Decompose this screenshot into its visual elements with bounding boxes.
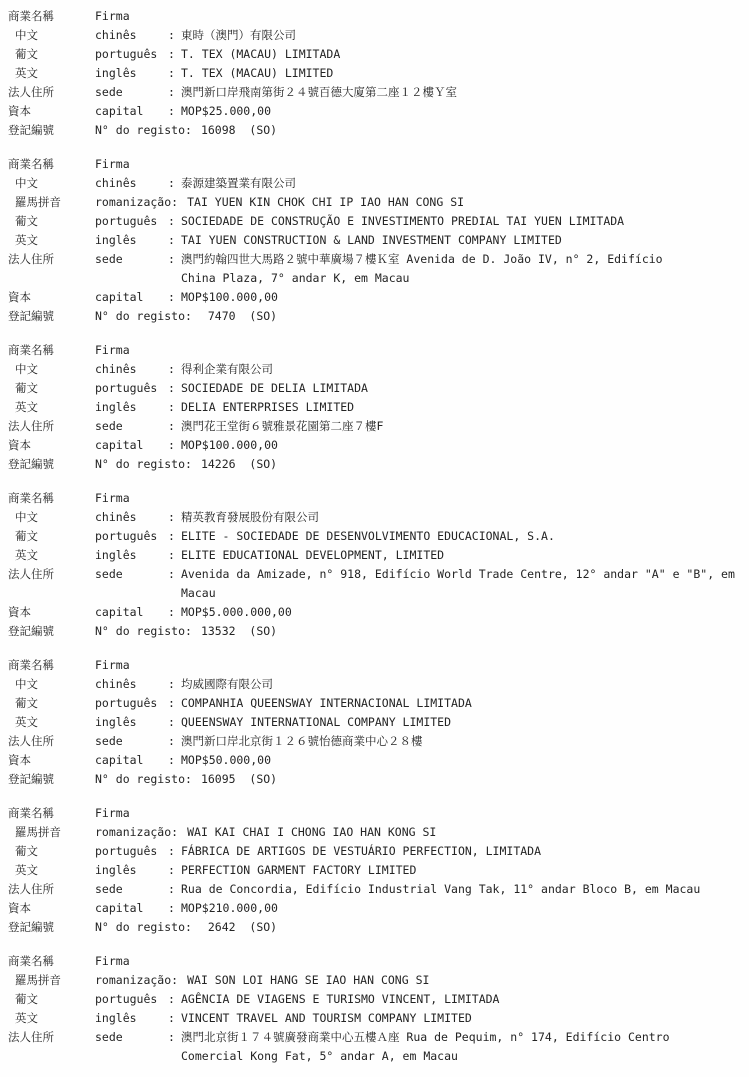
colon-separator: : [168,288,181,307]
field-label-chinese: 商業名稱 [8,341,95,360]
field-label-portuguese: sede [95,732,168,751]
field-label-chinese: 登記編號 [8,121,95,140]
record-row: 法人住所 sede : 澳門新口岸飛南第街２４號百德大廈第二座１２樓Ｙ室 [8,83,747,102]
field-label-chinese: 資本 [8,436,95,455]
record-row: 中文 chinês : 均威國際有限公司 [8,675,747,694]
record-row: 商業名稱 Firma [8,341,747,360]
field-value: PERFECTION GARMENT FACTORY LIMITED [181,861,747,880]
record-row: 葡文 português : SOCIEDADE DE DELIA LIMITA… [8,379,747,398]
record-row: 英文 inglês : T. TEX (MACAU) LIMITED [8,64,747,83]
field-label-portuguese: capital [95,102,168,121]
field-label-chinese: 英文 [8,546,95,565]
field-label-portuguese: português [95,694,168,713]
record-row: 商業名稱 Firma [8,7,747,26]
field-label-portuguese: português [95,527,168,546]
record-row: 登記編號 N° do registo: 2642 (SO) [8,918,747,937]
colon-separator: : [168,527,181,546]
field-label-chinese: 商業名稱 [8,952,95,971]
record-row: 商業名稱 Firma [8,804,747,823]
field-label-portuguese: sede [95,880,168,899]
colon-separator: : [168,102,181,121]
field-value: 13532 (SO) [201,622,747,641]
field-label-chinese: 中文 [8,26,95,45]
field-value: 14226 (SO) [201,455,747,474]
field-label-chinese: 法人住所 [8,417,95,436]
field-label-portuguese: Firma [95,155,168,174]
colon-separator: : [168,231,181,250]
field-value: 澳門約翰四世大馬路２號中華廣場７樓Ｋ室 Avenida de D. João I… [181,250,747,288]
colon-separator: : [168,83,181,102]
record-row: 英文 inglês : PERFECTION GARMENT FACTORY L… [8,861,747,880]
field-label-portuguese: N° do registo: [95,770,192,789]
field-label-chinese: 英文 [8,64,95,83]
record-row: 法人住所 sede : 澳門新口岸北京街１２６號怡德商業中心２８樓 [8,732,747,751]
field-label-chinese: 羅馬拼音 [8,971,95,990]
field-label-chinese: 法人住所 [8,565,95,584]
field-label-portuguese: inglês [95,398,168,417]
field-label-portuguese: português [95,842,168,861]
field-label-portuguese: sede [95,417,168,436]
colon-separator: : [168,45,181,64]
field-label-chinese: 葡文 [8,694,95,713]
field-label-portuguese: N° do registo: [95,121,192,140]
field-label-portuguese: N° do registo: [95,918,192,937]
record-row: 葡文 português : T. TEX (MACAU) LIMITADA [8,45,747,64]
field-label-portuguese: chinês [95,360,168,379]
field-label-chinese: 中文 [8,174,95,193]
record-row: 法人住所 sede : 澳門北京街１７４號廣發商業中心五樓Ａ座 Rua de P… [8,1028,747,1066]
field-label-portuguese: chinês [95,675,168,694]
field-label-portuguese: inglês [95,861,168,880]
record-row: 英文 inglês : VINCENT TRAVEL AND TOURISM C… [8,1009,747,1028]
field-label-chinese: 中文 [8,360,95,379]
record-row: 英文 inglês : DELIA ENTERPRISES LIMITED [8,398,747,417]
field-value: MOP$50.000,00 [181,751,747,770]
colon-separator: : [168,436,181,455]
field-label-chinese: 資本 [8,751,95,770]
field-label-chinese: 羅馬拼音 [8,193,95,212]
field-label-chinese: 葡文 [8,212,95,231]
record-row: 資本 capital : MOP$25.000,00 [8,102,747,121]
field-label-portuguese: romanização: [95,193,178,212]
field-label-portuguese: capital [95,603,168,622]
field-label-chinese: 法人住所 [8,250,95,269]
colon-separator: : [168,398,181,417]
record-row: 商業名稱 Firma [8,489,747,508]
field-value: TAI YUEN CONSTRUCTION & LAND INVESTMENT … [181,231,747,250]
field-label-portuguese: Firma [95,7,168,26]
field-label-chinese: 英文 [8,861,95,880]
field-value: TAI YUEN KIN CHOK CHI IP IAO HAN CONG SI [187,193,747,212]
field-label-chinese: 商業名稱 [8,656,95,675]
colon-separator: : [168,379,181,398]
colon-separator: : [168,565,181,584]
field-label-chinese: 登記編號 [8,770,95,789]
field-label-chinese: 中文 [8,675,95,694]
field-label-chinese: 商業名稱 [8,804,95,823]
field-value: 澳門新口岸飛南第街２４號百德大廈第二座１２樓Ｙ室 [181,83,747,102]
record-row: 中文 chinês : 東時（澳門）有限公司 [8,26,747,45]
field-value: 均威國際有限公司 [181,675,747,694]
field-value: AGÊNCIA DE VIAGENS E TURISMO VINCENT, LI… [181,990,747,1009]
field-label-portuguese: inglês [95,231,168,250]
field-label-chinese: 登記編號 [8,307,95,326]
record-row: 資本 capital : MOP$50.000,00 [8,751,747,770]
record-row: 法人住所 sede : Avenida da Amizade, n° 918, … [8,565,747,603]
field-value: COMPANHIA QUEENSWAY INTERNACIONAL LIMITA… [181,694,747,713]
record-row: 資本 capital : MOP$5.000.000,00 [8,603,747,622]
record-row: 中文 chinês : 得利企業有限公司 [8,360,747,379]
field-label-chinese: 英文 [8,713,95,732]
colon-separator: : [168,603,181,622]
record-row: 英文 inglês : QUEENSWAY INTERNATIONAL COMP… [8,713,747,732]
field-label-chinese: 法人住所 [8,83,95,102]
field-label-portuguese: capital [95,899,168,918]
record-row: 登記編號 N° do registo: 7470 (SO) [8,307,747,326]
document-page: 商業名稱 Firma 中文 chinês : 東時（澳門）有限公司 葡文 por… [0,0,749,1077]
record-row: 登記編號 N° do registo: 16095 (SO) [8,770,747,789]
field-value: 東時（澳門）有限公司 [181,26,747,45]
field-value: Avenida da Amizade, n° 918, Edifício Wor… [181,565,747,603]
field-label-portuguese: sede [95,83,168,102]
colon-separator: : [168,732,181,751]
field-label-portuguese: português [95,379,168,398]
colon-separator: : [168,508,181,527]
record-row: 登記編號 N° do registo: 13532 (SO) [8,622,747,641]
field-label-chinese: 英文 [8,231,95,250]
field-label-portuguese: romanização: [95,823,178,842]
field-label-portuguese: capital [95,288,168,307]
record-row: 法人住所 sede : 澳門約翰四世大馬路２號中華廣場７樓Ｋ室 Avenida … [8,250,747,288]
field-value: 泰源建築置業有限公司 [181,174,747,193]
record-row: 葡文 português : SOCIEDADE DE CONSTRUÇÃO E… [8,212,747,231]
record-row: 葡文 português : AGÊNCIA DE VIAGENS E TURI… [8,990,747,1009]
field-label-chinese: 法人住所 [8,732,95,751]
colon-separator: : [168,751,181,770]
field-value: QUEENSWAY INTERNATIONAL COMPANY LIMITED [181,713,747,732]
field-label-portuguese: inglês [95,1009,168,1028]
colon-separator: : [168,26,181,45]
field-value: FÁBRICA DE ARTIGOS DE VESTUÁRIO PERFECTI… [181,842,747,861]
company-record: 商業名稱 Firma 中文 chinês : 精英教育發展股份有限公司 葡文 p… [8,489,747,641]
field-label-portuguese: Firma [95,656,168,675]
field-value: 澳門北京街１７４號廣發商業中心五樓Ａ座 Rua de Pequim, n° 17… [181,1028,747,1066]
record-row: 商業名稱 Firma [8,656,747,675]
field-value: T. TEX (MACAU) LIMITED [181,64,747,83]
field-value: T. TEX (MACAU) LIMITADA [181,45,747,64]
field-label-chinese: 法人住所 [8,880,95,899]
field-value: 16095 (SO) [201,770,747,789]
field-label-chinese: 商業名稱 [8,489,95,508]
field-value: Rua de Concordia, Edifício Industrial Va… [181,880,747,899]
record-row: 中文 chinês : 精英教育發展股份有限公司 [8,508,747,527]
field-label-chinese: 法人住所 [8,1028,95,1047]
field-value: 精英教育發展股份有限公司 [181,508,747,527]
colon-separator: : [168,417,181,436]
field-value: VINCENT TRAVEL AND TOURISM COMPANY LIMIT… [181,1009,747,1028]
field-label-chinese: 中文 [8,508,95,527]
field-value: DELIA ENTERPRISES LIMITED [181,398,747,417]
field-label-portuguese: inglês [95,546,168,565]
field-value: 16098 (SO) [201,121,747,140]
field-label-chinese: 登記編號 [8,455,95,474]
colon-separator: : [168,990,181,1009]
field-label-portuguese: N° do registo: [95,307,192,326]
record-row: 資本 capital : MOP$100.000,00 [8,288,747,307]
field-label-portuguese: chinês [95,508,168,527]
field-label-portuguese: sede [95,250,168,269]
field-value: MOP$100.000,00 [181,436,747,455]
record-row: 資本 capital : MOP$100.000,00 [8,436,747,455]
field-label-chinese: 資本 [8,603,95,622]
colon-separator: : [168,861,181,880]
record-row: 資本 capital : MOP$210.000,00 [8,899,747,918]
field-label-portuguese: N° do registo: [95,455,192,474]
field-value: ELITE EDUCATIONAL DEVELOPMENT, LIMITED [181,546,747,565]
field-label-chinese: 英文 [8,1009,95,1028]
colon-separator: : [168,546,181,565]
field-label-chinese: 資本 [8,288,95,307]
field-label-portuguese: chinês [95,26,168,45]
record-row: 法人住所 sede : Rua de Concordia, Edifício I… [8,880,747,899]
field-label-chinese: 羅馬拼音 [8,823,95,842]
field-value: MOP$100.000,00 [181,288,747,307]
record-row: 葡文 português : ELITE - SOCIEDADE DE DESE… [8,527,747,546]
colon-separator: : [168,1028,181,1047]
company-record: 商業名稱 Firma 中文 chinês : 得利企業有限公司 葡文 portu… [8,341,747,474]
field-label-portuguese: N° do registo: [95,622,192,641]
field-label-portuguese: Firma [95,952,168,971]
field-label-chinese: 葡文 [8,379,95,398]
colon-separator: : [168,675,181,694]
field-label-portuguese: português [95,990,168,1009]
company-record: 商業名稱 Firma 中文 chinês : 東時（澳門）有限公司 葡文 por… [8,7,747,140]
colon-separator: : [168,1009,181,1028]
company-record: 商業名稱 Firma 中文 chinês : 泰源建築置業有限公司 羅馬拼音 r… [8,155,747,326]
record-row: 葡文 português : FÁBRICA DE ARTIGOS DE VES… [8,842,747,861]
record-row: 法人住所 sede : 澳門花王堂街６號雅景花園第二座７樓F [8,417,747,436]
field-label-chinese: 登記編號 [8,918,95,937]
field-label-chinese: 葡文 [8,842,95,861]
field-value: MOP$210.000,00 [181,899,747,918]
field-label-portuguese: português [95,212,168,231]
colon-separator: : [168,174,181,193]
field-label-chinese: 英文 [8,398,95,417]
company-record: 商業名稱 Firma 中文 chinês : 均威國際有限公司 葡文 portu… [8,656,747,789]
company-record: 商業名稱 Firma 羅馬拼音 romanização: WAI KAI CHA… [8,804,747,937]
field-label-chinese: 葡文 [8,45,95,64]
field-value: WAI SON LOI HANG SE IAO HAN CONG SI [187,971,747,990]
field-label-portuguese: Firma [95,341,168,360]
field-value: WAI KAI CHAI I CHONG IAO HAN KONG SI [187,823,747,842]
record-row: 商業名稱 Firma [8,952,747,971]
field-value: 得利企業有限公司 [181,360,747,379]
field-value: 7470 (SO) [201,307,747,326]
field-label-chinese: 資本 [8,899,95,918]
colon-separator: : [168,842,181,861]
colon-separator: : [168,360,181,379]
colon-separator: : [168,899,181,918]
field-label-portuguese: português [95,45,168,64]
field-label-chinese: 葡文 [8,527,95,546]
field-value: SOCIEDADE DE DELIA LIMITADA [181,379,747,398]
field-label-portuguese: inglês [95,713,168,732]
colon-separator: : [168,713,181,732]
field-label-portuguese: Firma [95,804,168,823]
field-label-portuguese: Firma [95,489,168,508]
field-label-portuguese: romanização: [95,971,178,990]
field-value: MOP$25.000,00 [181,102,747,121]
field-label-chinese: 商業名稱 [8,155,95,174]
colon-separator: : [168,694,181,713]
record-row: 羅馬拼音 romanização: WAI KAI CHAI I CHONG I… [8,823,747,842]
record-row: 英文 inglês : TAI YUEN CONSTRUCTION & LAND… [8,231,747,250]
field-label-chinese: 資本 [8,102,95,121]
field-value: 2642 (SO) [201,918,747,937]
field-label-portuguese: inglês [95,64,168,83]
field-value: MOP$5.000.000,00 [181,603,747,622]
record-row: 中文 chinês : 泰源建築置業有限公司 [8,174,747,193]
record-row: 羅馬拼音 romanização: WAI SON LOI HANG SE IA… [8,971,747,990]
field-label-portuguese: chinês [95,174,168,193]
field-value: ELITE - SOCIEDADE DE DESENVOLVIMENTO EDU… [181,527,747,546]
field-label-chinese: 登記編號 [8,622,95,641]
colon-separator: : [168,880,181,899]
field-label-portuguese: capital [95,436,168,455]
colon-separator: : [168,64,181,83]
record-row: 登記編號 N° do registo: 14226 (SO) [8,455,747,474]
company-record: 商業名稱 Firma 羅馬拼音 romanização: WAI SON LOI… [8,952,747,1066]
record-row: 羅馬拼音 romanização: TAI YUEN KIN CHOK CHI … [8,193,747,212]
field-label-chinese: 商業名稱 [8,7,95,26]
field-label-portuguese: sede [95,1028,168,1047]
record-row: 登記編號 N° do registo: 16098 (SO) [8,121,747,140]
field-label-chinese: 葡文 [8,990,95,1009]
record-row: 商業名稱 Firma [8,155,747,174]
field-value: SOCIEDADE DE CONSTRUÇÃO E INVESTIMENTO P… [181,212,747,231]
field-label-portuguese: capital [95,751,168,770]
colon-separator: : [168,250,181,269]
record-row: 葡文 português : COMPANHIA QUEENSWAY INTER… [8,694,747,713]
field-label-portuguese: sede [95,565,168,584]
record-row: 英文 inglês : ELITE EDUCATIONAL DEVELOPMEN… [8,546,747,565]
field-value: 澳門花王堂街６號雅景花園第二座７樓F [181,417,747,436]
field-value: 澳門新口岸北京街１２６號怡德商業中心２８樓 [181,732,747,751]
colon-separator: : [168,212,181,231]
